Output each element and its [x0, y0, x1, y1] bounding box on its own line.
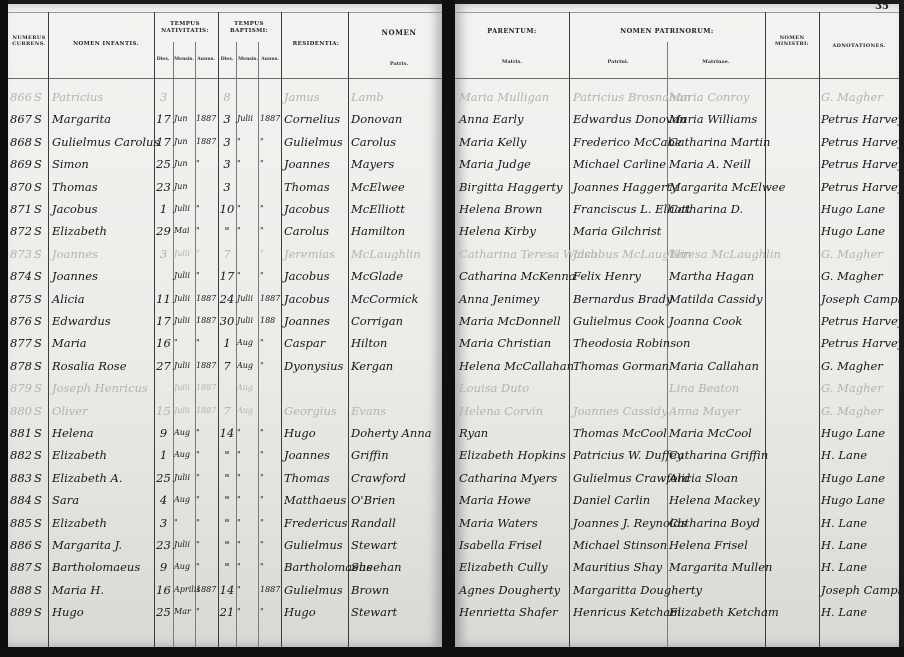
cell-num: 871 [10, 198, 34, 220]
cell-matris: Catharina Myers [459, 467, 557, 489]
table-row: Maria KellyFrederico McCabeCatharina Mar… [455, 131, 899, 153]
cell-nat-month: Julii [174, 377, 194, 399]
cell-pater-prenom: Jacobus [284, 198, 348, 220]
cell-mark: S [34, 153, 46, 175]
table-row: Catharina MyersGulielmus CrawfordAlicia … [455, 467, 899, 489]
table-row: Catharina Teresa WalshJacobus McLaughlin… [455, 243, 899, 265]
cell-matrina: Maria A. Neill [669, 153, 751, 175]
table-row: 876SEdwardus17Julii188730Julii188Joannes… [8, 310, 442, 332]
cell-bap-month: " [237, 579, 257, 601]
cell-bap-day: 14 [219, 579, 235, 601]
cell-pater-nomen: Hilton [351, 332, 441, 354]
cell-num: 889 [10, 601, 34, 623]
table-row: 884SSara4Aug""""MatthaeusO'Brien [8, 489, 442, 511]
cell-adnot: H. Lane [821, 601, 867, 623]
cell-nat-day: 25 [155, 153, 172, 175]
cell-infant: Joannes [52, 243, 152, 265]
cell-bap-month: Aug [237, 400, 257, 422]
cell-pater-nomen: McGlade [351, 265, 441, 287]
cell-pater-nomen: Griffin [351, 444, 441, 466]
cell-matris: Anna Jenimey [459, 288, 539, 310]
cell-matrina: Helena Frisel [669, 534, 748, 556]
header-parentum: PARENTUM: [455, 27, 569, 35]
cell-mark: S [34, 220, 46, 242]
cell-matrina: Maria Callahan [669, 355, 759, 377]
cell-matris: Maria Kelly [459, 131, 526, 153]
cell-bap-day: 17 [219, 265, 235, 287]
cell-bap-month: Julii [237, 288, 257, 310]
cell-bap-day: 24 [219, 288, 235, 310]
cell-bap-month: " [237, 512, 257, 534]
cell-mark: S [34, 108, 46, 130]
cell-adnot: Hugo Lane [821, 489, 885, 511]
cell-infant: Thomas [52, 176, 152, 198]
cell-pater-nomen: Evans [351, 400, 441, 422]
cell-pater-nomen: Doherty Anna [351, 422, 441, 444]
cell-bap-year: " [260, 422, 280, 444]
cell-nat-day: 25 [155, 467, 172, 489]
cell-bap-month: " [237, 220, 257, 242]
header-adnotationes: ADNOTATIONES. [819, 43, 899, 49]
cell-pater-nomen: Donovan [351, 108, 441, 130]
table-row: 878SRosalia Rose27Julii18877Aug"Dyonysiu… [8, 355, 442, 377]
cell-adnot: G. Magher [821, 86, 883, 108]
cell-bap-year: " [260, 489, 280, 511]
table-row: 887SBartholomaeus9Aug""""BartholomaeusSh… [8, 556, 442, 578]
cell-nat-day: 16 [155, 332, 172, 354]
cell-num: 881 [10, 422, 34, 444]
book-edge-left [0, 0, 8, 657]
cell-bap-day: 3 [219, 176, 235, 198]
cell-nat-day: 1 [155, 198, 172, 220]
table-row: Maria ChristianTheodosia RobinsonPetrus … [455, 332, 899, 354]
cell-matrina: Lina Beaton [669, 377, 739, 399]
cell-adnot: H. Lane [821, 512, 867, 534]
cell-infant: Hugo [52, 601, 152, 623]
cell-bap-year: " [260, 467, 280, 489]
cell-num: 867 [10, 108, 34, 130]
cell-num: 873 [10, 243, 34, 265]
cell-nat-day: 29 [155, 220, 172, 242]
cell-pater-nomen: Brown [351, 579, 441, 601]
cell-nat-year: " [196, 489, 218, 511]
cell-patrinus: Gulielmus Cook [573, 310, 665, 332]
page-number: 35 [875, 4, 889, 12]
cell-adnot: H. Lane [821, 534, 867, 556]
cell-infant: Patricius [52, 86, 152, 108]
cell-bap-year: " [260, 556, 280, 578]
book-edge-bottom [0, 647, 904, 657]
cell-pater-prenom: Cornelius [284, 108, 348, 130]
cell-nat-month: Julii [174, 243, 194, 265]
cell-matris: Maria Waters [459, 512, 538, 534]
cell-num: 883 [10, 467, 34, 489]
cell-matrina: Margarita McElwee [669, 176, 785, 198]
header-patris: Patris. [353, 61, 442, 67]
cell-matris: Maria Judge [459, 153, 531, 175]
cell-bap-year: 1887 [260, 108, 280, 130]
cell-pater-prenom: Hugo [284, 422, 348, 444]
cell-matris: Elizabeth Cully [459, 556, 548, 578]
cell-bap-month: " [237, 265, 257, 287]
cell-infant: Margarita [52, 108, 152, 130]
cell-nat-year: " [196, 220, 218, 242]
cell-infant: Maria H. [52, 579, 152, 601]
cell-infant: Margarita J. [52, 534, 152, 556]
cell-adnot: Petrus Harvey [821, 108, 899, 130]
cell-matrina: Elizabeth Ketcham [669, 601, 779, 623]
cell-num: 870 [10, 176, 34, 198]
cell-infant: Elizabeth [52, 444, 152, 466]
header-tempus-nativitatis: TEMPUS NATIVITATIS: [154, 21, 216, 35]
cell-pater-nomen: Stewart [351, 534, 441, 556]
table-row: Henrietta ShaferHenricus KetchamElizabet… [455, 601, 899, 623]
header-numerus-currens: Numerus Currens. [10, 35, 48, 48]
cell-mark: S [34, 86, 46, 108]
cell-mark: S [34, 556, 46, 578]
cell-nat-month: Mai [174, 220, 194, 242]
cell-patrinus: Michael Stinson [573, 534, 667, 556]
table-row: 874SJoannesJulii"17""JacobusMcGlade [8, 265, 442, 287]
cell-matrina: Martha Hagan [669, 265, 754, 287]
cell-mark: S [34, 310, 46, 332]
cell-mark: S [34, 377, 46, 399]
cell-matrina: Helena Mackey [669, 489, 760, 511]
cell-bap-month: " [237, 601, 257, 623]
cell-adnot: Petrus Harvey [821, 310, 899, 332]
cell-matrina: Maria McCool [669, 422, 752, 444]
cell-bap-year: 188 [260, 310, 280, 332]
cell-nat-month: Jun [174, 108, 194, 130]
cell-patrinus: Thomas McCool [573, 422, 667, 444]
cell-matris: Anna Early [459, 108, 524, 130]
cell-matris: Henrietta Shafer [459, 601, 558, 623]
cell-bap-day: 3 [219, 108, 235, 130]
table-row: Helena McCallahanThomas GormanMaria Call… [455, 355, 899, 377]
cell-num: 887 [10, 556, 34, 578]
cell-nat-year: " [196, 534, 218, 556]
cell-bap-month: " [237, 489, 257, 511]
cell-bap-month: " [237, 153, 257, 175]
cell-bap-month: Aug [237, 355, 257, 377]
cell-adnot: Joseph Campbell [821, 579, 899, 601]
cell-bap-month: Julii [237, 108, 257, 130]
cell-nat-day: 15 [155, 400, 172, 422]
table-row: Isabella FriselMichael StinsonHelena Fri… [455, 534, 899, 556]
cell-mark: S [34, 422, 46, 444]
table-row: 868SGulielmus Carolus17Jun18873""Gulielm… [8, 131, 442, 153]
cell-nat-day: 25 [155, 601, 172, 623]
cell-matrina: Joanna Cook [669, 310, 742, 332]
cell-bap-month: " [237, 131, 257, 153]
table-row: Helena BrownFranciscus L. ElliottCathari… [455, 198, 899, 220]
cell-matris: Maria Mulligan [459, 86, 549, 108]
cell-bap-year: " [260, 601, 280, 623]
table-row: 869SSimon25Jun"3""JoannesMayers [8, 153, 442, 175]
cell-matris: Maria McDonnell [459, 310, 561, 332]
cell-bap-day: " [219, 534, 235, 556]
cell-nat-month: Aug [174, 444, 194, 466]
cell-bap-day: 3 [219, 153, 235, 175]
cell-nat-year: " [196, 332, 218, 354]
cell-bap-day: 10 [219, 198, 235, 220]
cell-pater-prenom: Jamus [284, 86, 348, 108]
cell-patrinus: Felix Henry [573, 265, 641, 287]
cell-adnot: Hugo Lane [821, 422, 885, 444]
cell-adnot: Hugo Lane [821, 467, 885, 489]
cell-bap-day: 3 [219, 131, 235, 153]
cell-pater-nomen: Hamilton [351, 220, 441, 242]
cell-nat-month: Julii [174, 534, 194, 556]
cell-matrina: Matilda Cassidy [669, 288, 762, 310]
header-residentia: RESIDENTIA: [281, 41, 351, 48]
cell-pater-nomen: Lamb [351, 86, 441, 108]
cell-bap-day: 1 [219, 332, 235, 354]
cell-matris: Maria Christian [459, 332, 551, 354]
cell-bap-day: 14 [219, 422, 235, 444]
cell-nat-year: 1887 [196, 108, 218, 130]
cell-patrinus: Bernardus Brady [573, 288, 673, 310]
cell-mark: S [34, 467, 46, 489]
header-bap-dies: Dies. [218, 57, 236, 62]
table-row: Maria McDonnellGulielmus CookJoanna Cook… [455, 310, 899, 332]
cell-bap-month: " [237, 534, 257, 556]
cell-nat-year: 1887 [196, 377, 218, 399]
cell-adnot: Joseph Campbell [821, 288, 899, 310]
cell-bap-day: " [219, 220, 235, 242]
cell-patrinus: Patricius W. Duffey [573, 444, 683, 466]
cell-matrina: Catharina Boyd [669, 512, 760, 534]
right-page: 35 PARENTUM: Matris. NOMEN PATRINORUM: P… [455, 4, 899, 647]
cell-bap-month: " [237, 556, 257, 578]
cell-nat-month: Aug [174, 422, 194, 444]
cell-nat-month: Jun [174, 176, 194, 198]
table-row: 886SMargarita J.23Julii""""GulielmusStew… [8, 534, 442, 556]
cell-adnot: G. Magher [821, 377, 883, 399]
header-nomen-infantis: NOMEN INFANTIS. [54, 41, 158, 48]
cell-mark: S [34, 332, 46, 354]
header-patrini: Patrini. [569, 59, 667, 65]
cell-pater-nomen: McElliott [351, 198, 441, 220]
cell-nat-day: 17 [155, 310, 172, 332]
cell-bap-day: " [219, 467, 235, 489]
cell-bap-year: " [260, 131, 280, 153]
cell-nat-day: 23 [155, 176, 172, 198]
cell-num: 885 [10, 512, 34, 534]
table-row: 883SElizabeth A.25Julii""""ThomasCrawfor… [8, 467, 442, 489]
cell-matrina: Catharina Griffin [669, 444, 768, 466]
cell-patrinus: Margaritta Dougherty [573, 579, 702, 601]
cell-infant: Alicia [52, 288, 152, 310]
table-row: 881SHelena9Aug"14""HugoDoherty Anna [8, 422, 442, 444]
cell-mark: S [34, 400, 46, 422]
cell-num: 872 [10, 220, 34, 242]
cell-pater-prenom: Fredericus [284, 512, 348, 534]
cell-num: 882 [10, 444, 34, 466]
cell-pater-prenom: Hugo [284, 601, 348, 623]
table-row: 882SElizabeth1Aug""""JoannesGriffin [8, 444, 442, 466]
cell-patrinus: Theodosia Robinson [573, 332, 690, 354]
cell-bap-month: " [237, 422, 257, 444]
right-header: PARENTUM: Matris. NOMEN PATRINORUM: Patr… [455, 12, 899, 79]
cell-matris: Isabella Frisel [459, 534, 542, 556]
cell-num: 869 [10, 153, 34, 175]
header-nat-mensis: Mensis. [173, 57, 195, 62]
table-row: 879SJoseph HenricusJulii1887Aug [8, 377, 442, 399]
cell-pater-prenom: Jacobus [284, 265, 348, 287]
table-row: 889SHugo25Mar"21""HugoStewart [8, 601, 442, 623]
cell-bap-day: 7 [219, 400, 235, 422]
cell-infant: Rosalia Rose [52, 355, 152, 377]
table-row: 880SOliver15Julii18877AugGeorgiusEvans [8, 400, 442, 422]
cell-pater-prenom: Gulielmus [284, 534, 348, 556]
cell-bap-month: " [237, 467, 257, 489]
cell-pater-nomen: Randall [351, 512, 441, 534]
table-row: 877SMaria16""1Aug"CasparHilton [8, 332, 442, 354]
cell-nat-day: 11 [155, 288, 172, 310]
cell-nat-day: 17 [155, 131, 172, 153]
cell-infant: Sara [52, 489, 152, 511]
cell-nat-month: Julii [174, 467, 194, 489]
cell-adnot: Petrus Harvey [821, 176, 899, 198]
cell-mark: S [34, 288, 46, 310]
cell-nat-month: Julii [174, 265, 194, 287]
table-row: Agnes DoughertyMargaritta DoughertyJosep… [455, 579, 899, 601]
cell-bap-month: Aug [237, 377, 257, 399]
cell-adnot: G. Magher [821, 243, 883, 265]
cell-num: 879 [10, 377, 34, 399]
cell-adnot: Hugo Lane [821, 198, 885, 220]
table-row: 885SElizabeth3"""""FredericusRandall [8, 512, 442, 534]
cell-matris: Elizabeth Hopkins [459, 444, 566, 466]
table-row: 875SAlicia11Julii188724Julii1887JacobusM… [8, 288, 442, 310]
cell-nat-month: Julii [174, 400, 194, 422]
cell-nat-month: Aprilis [174, 579, 194, 601]
table-row: Maria WatersJoannes J. ReynoldsCatharina… [455, 512, 899, 534]
cell-nat-year: " [196, 601, 218, 623]
cell-matris: Helena Brown [459, 198, 542, 220]
cell-matris: Birgitta Haggerty [459, 176, 562, 198]
table-row: Maria JudgeMichael CarlineMaria A. Neill… [455, 153, 899, 175]
cell-pater-prenom: Matthaeus [284, 489, 348, 511]
cell-nat-day: 3 [155, 86, 172, 108]
left-page: Numerus Currens. NOMEN INFANTIS. TEMPUS … [8, 4, 442, 647]
cell-nat-day: 9 [155, 556, 172, 578]
cell-mark: S [34, 579, 46, 601]
cell-pater-nomen: McCormick [351, 288, 441, 310]
cell-matris: Maria Howe [459, 489, 531, 511]
cell-pater-prenom: Thomas [284, 176, 348, 198]
cell-pater-prenom: Georgius [284, 400, 348, 422]
cell-nat-day: 27 [155, 355, 172, 377]
cell-num: 878 [10, 355, 34, 377]
cell-nat-year: " [196, 444, 218, 466]
cell-mark: S [34, 489, 46, 511]
cell-bap-year: " [260, 512, 280, 534]
cell-pater-prenom: Carolus [284, 220, 348, 242]
cell-nat-month: " [174, 512, 194, 534]
cell-bap-day: " [219, 512, 235, 534]
cell-nat-month: Aug [174, 556, 194, 578]
table-row: 866SPatricius38JamusLamb [8, 86, 442, 108]
cell-pater-prenom: Joannes [284, 310, 348, 332]
cell-pater-nomen: Corrigan [351, 310, 441, 332]
cell-mark: S [34, 198, 46, 220]
header-matris: Matris. [455, 59, 569, 65]
header-nomen-ministri: NOMEN MINISTRI: [765, 35, 819, 48]
cell-bap-day: 30 [219, 310, 235, 332]
cell-infant: Edwardus [52, 310, 152, 332]
cell-nat-month: Julii [174, 355, 194, 377]
cell-patrinus: Joannes Cassidy [573, 400, 668, 422]
table-row: Louisa DutoLina BeatonG. Magher [455, 377, 899, 399]
cell-nat-year: 1887 [196, 355, 218, 377]
cell-matrina: Teresa McLaughlin [669, 243, 781, 265]
cell-pater-nomen: Crawford [351, 467, 441, 489]
cell-nat-year: " [196, 422, 218, 444]
cell-mark: S [34, 444, 46, 466]
cell-bap-month: " [237, 444, 257, 466]
cell-num: 868 [10, 131, 34, 153]
cell-bap-year: " [260, 534, 280, 556]
cell-nat-day: 1 [155, 444, 172, 466]
cell-matris: Helena McCallahan [459, 355, 574, 377]
table-row: 873SJoannes3Julii"7"JeremiasMcLaughlin [8, 243, 442, 265]
table-row: Helena CorvinJoannes CassidyAnna MayerG.… [455, 400, 899, 422]
cell-pater-nomen: McElwee [351, 176, 441, 198]
cell-infant: Elizabeth [52, 512, 152, 534]
cell-pater-nomen: Carolus [351, 131, 441, 153]
cell-patrinus: Maria Gilchrist [573, 220, 661, 242]
cell-mark: S [34, 601, 46, 623]
cell-pater-prenom: Joannes [284, 153, 348, 175]
book-gutter [442, 0, 455, 657]
cell-nat-day: 17 [155, 108, 172, 130]
header-nomen-patrinorum: NOMEN PATRINORUM: [569, 27, 765, 35]
cell-patrinus: Joannes Haggerty [573, 176, 678, 198]
cell-nat-year: " [196, 153, 218, 175]
header-nat-dies: Dies. [154, 57, 172, 62]
cell-nat-month: Julii [174, 198, 194, 220]
cell-bap-year: 1887 [260, 579, 280, 601]
cell-nat-day: 16 [155, 579, 172, 601]
cell-nat-year: " [196, 512, 218, 534]
table-row: Anna EarlyEdwardus DonovanMaria Williams… [455, 108, 899, 130]
cell-bap-year: 1887 [260, 288, 280, 310]
cell-bap-day: 7 [219, 243, 235, 265]
cell-pater-prenom: Thomas [284, 467, 348, 489]
header-nat-annus: Annus. [195, 57, 217, 62]
cell-matrina: Maria Williams [669, 108, 757, 130]
cell-pater-nomen: Sheehan [351, 556, 441, 578]
cell-nat-day: 4 [155, 489, 172, 511]
cell-adnot: H. Lane [821, 556, 867, 578]
cell-matrina: Alicia Sloan [669, 467, 738, 489]
cell-nat-day: 9 [155, 422, 172, 444]
cell-nat-month: " [174, 332, 194, 354]
cell-nat-year: 1887 [196, 288, 218, 310]
register-spread: Numerus Currens. NOMEN INFANTIS. TEMPUS … [0, 0, 904, 657]
table-row: 872SElizabeth29Mai""""CarolusHamilton [8, 220, 442, 242]
cell-adnot: Petrus Harvey [821, 131, 899, 153]
cell-bap-year: " [260, 332, 280, 354]
header-nomen: NOMEN [353, 29, 442, 38]
cell-num: 875 [10, 288, 34, 310]
cell-patrinus: Henricus Ketcham [573, 601, 681, 623]
cell-nat-month: Julii [174, 310, 194, 332]
cell-bap-year: " [260, 243, 280, 265]
cell-matris: Louisa Duto [459, 377, 529, 399]
